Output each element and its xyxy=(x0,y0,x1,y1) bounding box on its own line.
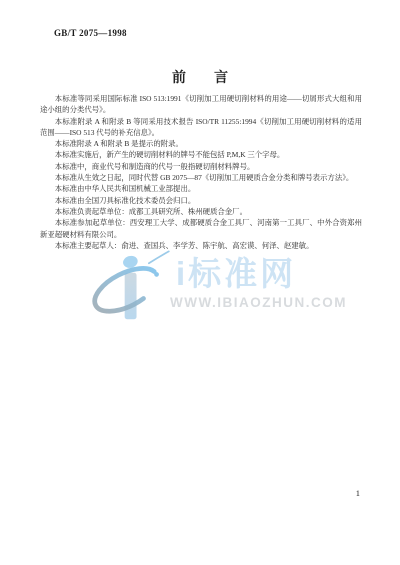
foreword-paragraph: 本标准附录 A 和附录 B 是提示的附录。 xyxy=(40,138,362,149)
i-stem-shape xyxy=(125,273,137,319)
watermark: i标准网 WWW.IBIAOZHUN.COM xyxy=(0,244,400,334)
foreword-body: 本标准等同采用国际标准 ISO 513:1991《切削加工用硬切削材料的用途——… xyxy=(40,93,362,251)
foreword-paragraph: 本标准从生效之日起，同时代替 GB 2075—87《切削加工用硬质合金分类和牌号… xyxy=(40,172,362,183)
foreword-paragraph: 本标准中，商业代号和制造商的代号一般指硬切削材料牌号。 xyxy=(40,161,362,172)
watermark-url-text: WWW.IBIAOZHUN.COM xyxy=(170,295,347,310)
swoosh-tail-shape xyxy=(149,251,169,263)
foreword-paragraph: 本标准主要起草人：俞进、查国兵、李学芳、陈宇航、高宏谟、何泽、赵建敏。 xyxy=(40,240,362,251)
scanned-standard-page: GB/T 2075—1998 前 言 本标准等同采用国际标准 ISO 513:1… xyxy=(0,0,400,565)
foreword-paragraph: 本标准实施后，新产生的硬切削材料的牌号不能包括 P,M,K 三个字母。 xyxy=(40,149,362,160)
foreword-title: 前 言 xyxy=(0,67,400,87)
watermark-brand-text: i标准网 xyxy=(176,248,296,295)
document-code: GB/T 2075—1998 xyxy=(54,28,127,38)
foreword-paragraph: 本标准附录 A 和附录 B 等同采用技术报告 ISO/TR 11255:1994… xyxy=(40,116,362,139)
foreword-paragraph: 本标准等同采用国际标准 ISO 513:1991《切削加工用硬切削材料的用途——… xyxy=(40,93,362,116)
foreword-paragraph: 本标准由全国刀具标准化技术委员会归口。 xyxy=(40,195,362,206)
foreword-paragraph: 本标准由中华人民共和国机械工业部提出。 xyxy=(40,183,362,194)
foreword-paragraph: 本标准参加起草单位：西安理工大学、成都硬质合金工具厂、河南第一工具厂、中外合资郑… xyxy=(40,217,362,240)
page-number: 1 xyxy=(356,488,360,498)
i-dot-shape xyxy=(122,254,139,269)
swoosh-arc-shape xyxy=(88,260,164,321)
i-swoosh-logo-icon xyxy=(86,250,170,324)
foreword-paragraph: 本标准负责起草单位：成都工具研究所、株州硬质合金厂。 xyxy=(40,206,362,217)
